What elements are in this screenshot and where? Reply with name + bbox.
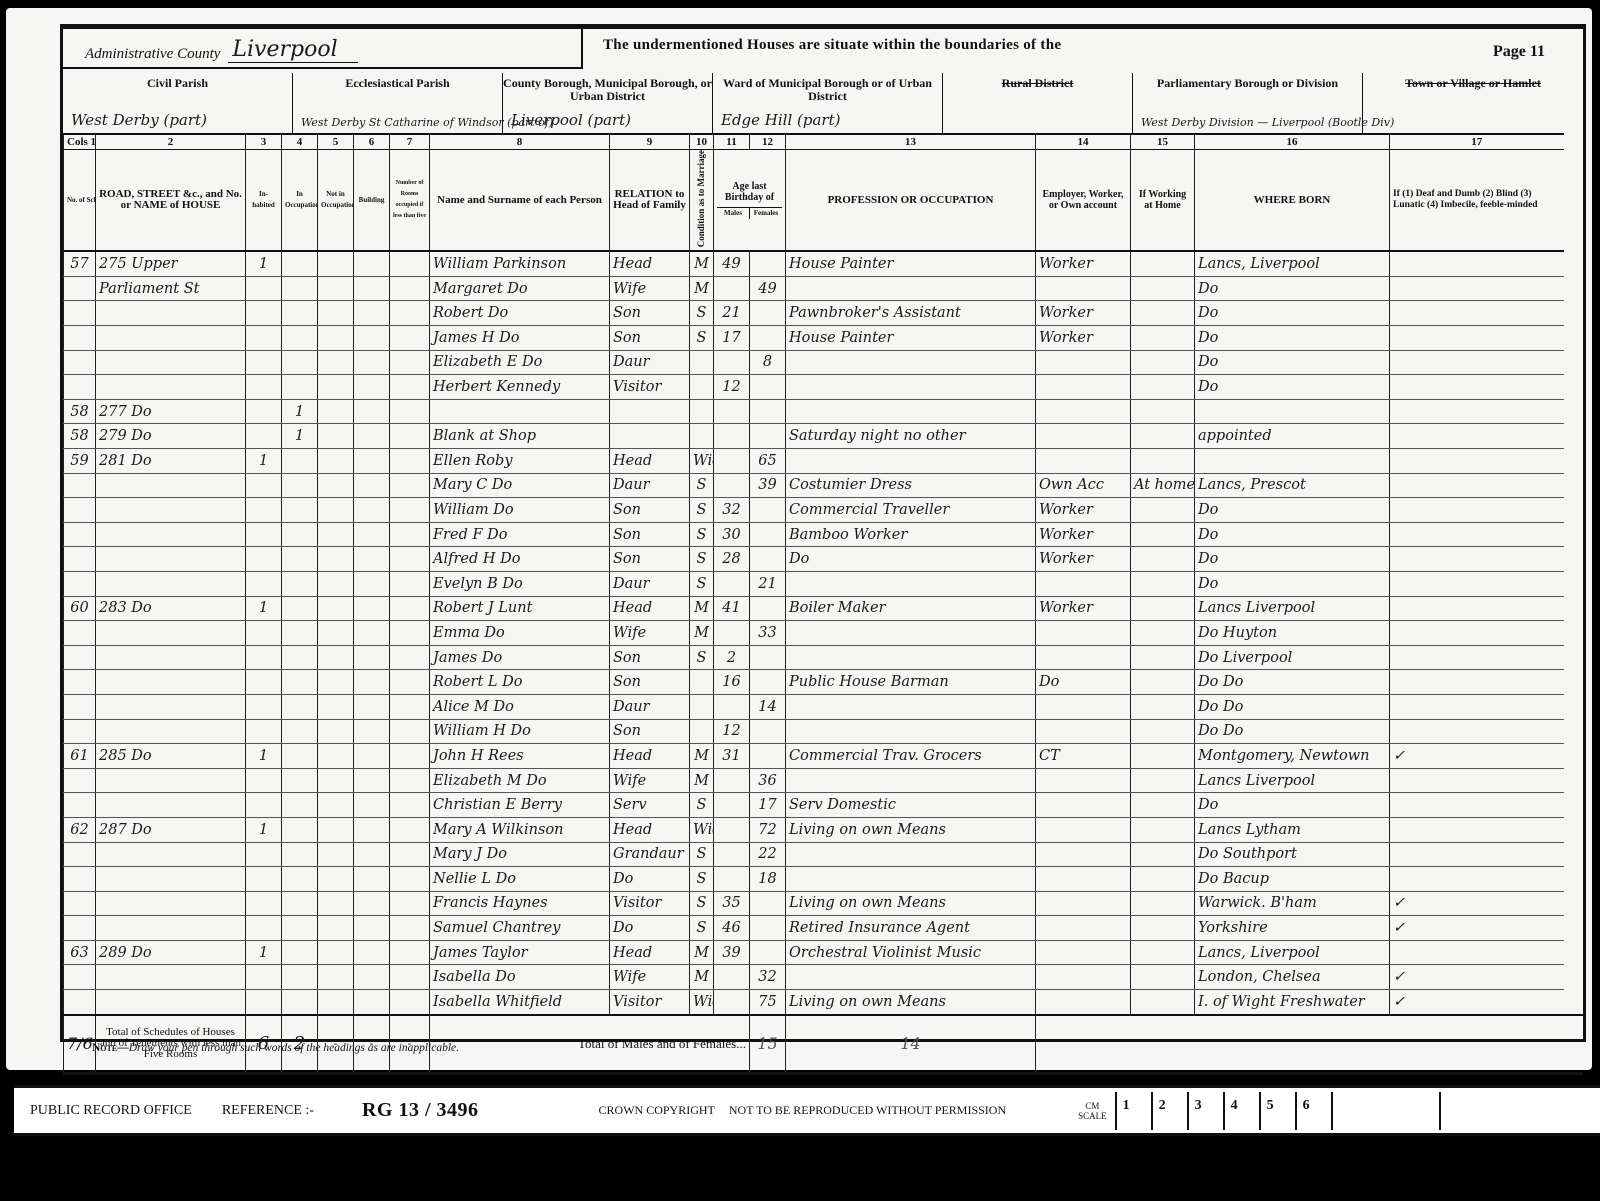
schedule-number: [64, 916, 96, 941]
total-schedules: 7/6: [64, 1015, 96, 1074]
person-name: Christian E Berry: [430, 793, 610, 818]
relation: Wife: [610, 965, 690, 990]
occupation: Commercial Traveller: [786, 498, 1036, 523]
uninhabited-count: [282, 301, 318, 326]
person-name: Margaret Do: [430, 276, 610, 301]
infirmity: ✓: [1390, 965, 1564, 990]
road-address: [96, 965, 246, 990]
male-age: 49: [714, 251, 750, 276]
inhabited-count: 1: [246, 817, 282, 842]
uninhabited-count: [282, 940, 318, 965]
not-in-occupation: [318, 375, 354, 400]
schedule-number: 57: [64, 251, 96, 276]
table-row: 62287 Do1Mary A WilkinsonHeadWid72Living…: [64, 817, 1584, 842]
employer-status: Worker: [1036, 251, 1131, 276]
working-at-home: [1131, 694, 1195, 719]
relation: Visitor: [610, 990, 690, 1015]
marital-condition: Wid: [690, 449, 714, 474]
working-at-home: [1131, 596, 1195, 621]
road-address: [96, 768, 246, 793]
infirmity: [1390, 276, 1564, 301]
employer-status: [1036, 424, 1131, 449]
person-name: James Taylor: [430, 940, 610, 965]
inhabited-count: [246, 965, 282, 990]
table-row: Emma DoWifeM33Do Huyton: [64, 621, 1584, 646]
where-born: Do: [1195, 522, 1390, 547]
boundaries-heading: The undermentioned Houses are situate wi…: [603, 37, 1061, 54]
male-age: 31: [714, 744, 750, 769]
infirmity: [1390, 719, 1564, 744]
rooms: [390, 399, 430, 424]
inhabited-count: [246, 498, 282, 523]
schedule-number: [64, 498, 96, 523]
male-age: [714, 399, 750, 424]
table-row: Robert DoSonS21Pawnbroker's AssistantWor…: [64, 301, 1584, 326]
working-at-home: At home: [1131, 473, 1195, 498]
person-name: William H Do: [430, 719, 610, 744]
working-at-home: [1131, 940, 1195, 965]
building: [354, 768, 390, 793]
relation: Daur: [610, 473, 690, 498]
uninhabited-count: [282, 891, 318, 916]
working-at-home: [1131, 965, 1195, 990]
infirmity: ✓: [1390, 891, 1564, 916]
road-address: [96, 522, 246, 547]
female-age: 8: [750, 350, 786, 375]
marital-condition: M: [690, 940, 714, 965]
total-males: 15: [750, 1015, 786, 1074]
inhabited-count: [246, 276, 282, 301]
occupation: Do: [786, 547, 1036, 572]
relation: Son: [610, 301, 690, 326]
road-address: 287 Do: [96, 817, 246, 842]
person-name: James Do: [430, 645, 610, 670]
not-in-occupation: [318, 817, 354, 842]
infirmity: [1390, 842, 1564, 867]
schedule-number: 59: [64, 449, 96, 474]
page-number: Page 11: [1493, 43, 1545, 61]
building: [354, 350, 390, 375]
person-name: William Do: [430, 498, 610, 523]
building: [354, 645, 390, 670]
rooms: [390, 793, 430, 818]
schedule-number: [64, 571, 96, 596]
marital-condition: [690, 424, 714, 449]
civil-parish: Civil Parish West Derby (part): [63, 73, 293, 133]
uninhabited-count: [282, 719, 318, 744]
female-age: [750, 916, 786, 941]
uninhabited-count: [282, 990, 318, 1015]
working-at-home: [1131, 768, 1195, 793]
road-address: 277 Do: [96, 399, 246, 424]
schedule-number: 63: [64, 940, 96, 965]
uninhabited-count: [282, 498, 318, 523]
table-row: 63289 Do1James TaylorHeadM39Orchestral V…: [64, 940, 1584, 965]
infirmity: [1390, 694, 1564, 719]
road-address: [96, 891, 246, 916]
working-at-home: [1131, 744, 1195, 769]
person-name: Herbert Kennedy: [430, 375, 610, 400]
rooms: [390, 596, 430, 621]
occupation: [786, 571, 1036, 596]
female-age: 33: [750, 621, 786, 646]
relation: Daur: [610, 694, 690, 719]
marital-condition: S: [690, 326, 714, 351]
infirmity: [1390, 596, 1564, 621]
working-at-home: [1131, 449, 1195, 474]
schedule-number: [64, 621, 96, 646]
person-name: Francis Haynes: [430, 891, 610, 916]
marital-condition: [690, 399, 714, 424]
occupation: [786, 350, 1036, 375]
employer-status: Worker: [1036, 596, 1131, 621]
inhabited-count: [246, 621, 282, 646]
relation: Head: [610, 251, 690, 276]
relation: Serv: [610, 793, 690, 818]
working-at-home: [1131, 621, 1195, 646]
road-address: [96, 473, 246, 498]
uninhabited-count: [282, 817, 318, 842]
infirmity: [1390, 670, 1564, 695]
employer-status: [1036, 719, 1131, 744]
employer-status: Worker: [1036, 547, 1131, 572]
infirmity: ✓: [1390, 744, 1564, 769]
table-row: James DoSonS2Do Liverpool: [64, 645, 1584, 670]
uninhabited-count: [282, 276, 318, 301]
inhabited-count: [246, 719, 282, 744]
occupation: [786, 375, 1036, 400]
where-born: Do: [1195, 375, 1390, 400]
uninhabited-count: [282, 251, 318, 276]
inhabited-count: 1: [246, 449, 282, 474]
building: [354, 842, 390, 867]
not-in-occupation: [318, 301, 354, 326]
uninhabited-count: [282, 694, 318, 719]
col-name: Name and Surname of each Person: [430, 150, 610, 252]
relation: Wife: [610, 276, 690, 301]
working-at-home: [1131, 842, 1195, 867]
schedule-number: [64, 990, 96, 1015]
table-row: Robert L DoSon16Public House BarmanDoDo …: [64, 670, 1584, 695]
inhabited-count: [246, 645, 282, 670]
occupation: [786, 719, 1036, 744]
rooms: [390, 694, 430, 719]
col-occupation: PROFESSION OR OCCUPATION: [786, 150, 1036, 252]
female-age: 32: [750, 965, 786, 990]
occupation: Living on own Means: [786, 817, 1036, 842]
where-born: Do Southport: [1195, 842, 1390, 867]
employer-status: [1036, 621, 1131, 646]
col-road: ROAD, STREET &c., and No. or NAME of HOU…: [96, 150, 246, 252]
occupation: Commercial Trav. Grocers: [786, 744, 1036, 769]
schedule-number: [64, 645, 96, 670]
not-in-occupation: [318, 498, 354, 523]
marital-condition: S: [690, 891, 714, 916]
not-in-occupation: [318, 596, 354, 621]
building: [354, 891, 390, 916]
marital-condition: S: [690, 916, 714, 941]
employer-status: [1036, 399, 1131, 424]
rooms: [390, 744, 430, 769]
road-address: [96, 301, 246, 326]
marital-condition: S: [690, 301, 714, 326]
table-row: Samuel ChantreyDoS46Retired Insurance Ag…: [64, 916, 1584, 941]
building: [354, 621, 390, 646]
where-born: Do: [1195, 326, 1390, 351]
female-age: [750, 424, 786, 449]
male-age: 2: [714, 645, 750, 670]
schedule-number: [64, 768, 96, 793]
uninhabited-count: [282, 326, 318, 351]
table-row: Evelyn B DoDaurS21Do: [64, 571, 1584, 596]
female-age: [750, 399, 786, 424]
inhabited-count: [246, 375, 282, 400]
table-row: Fred F DoSonS30Bamboo WorkerWorkerDo: [64, 522, 1584, 547]
road-address: [96, 990, 246, 1015]
employer-status: [1036, 965, 1131, 990]
rural-district: Rural District: [943, 73, 1133, 133]
rooms: [390, 891, 430, 916]
not-in-occupation: [318, 399, 354, 424]
road-address: [96, 916, 246, 941]
road-address: [96, 719, 246, 744]
female-age: [750, 645, 786, 670]
not-in-occupation: [318, 940, 354, 965]
uninhabited-count: [282, 350, 318, 375]
relation: [610, 424, 690, 449]
working-at-home: [1131, 571, 1195, 596]
where-born: appointed: [1195, 424, 1390, 449]
employer-status: [1036, 891, 1131, 916]
schedule-number: [64, 965, 96, 990]
schedule-number: [64, 793, 96, 818]
infirmity: [1390, 621, 1564, 646]
building: [354, 990, 390, 1015]
schedule-number: [64, 867, 96, 892]
inhabited-count: [246, 990, 282, 1015]
where-born: Do Bacup: [1195, 867, 1390, 892]
female-age: 39: [750, 473, 786, 498]
not-in-occupation: [318, 424, 354, 449]
infirmity: [1390, 326, 1564, 351]
road-address: [96, 350, 246, 375]
employer-status: [1036, 375, 1131, 400]
building: [354, 694, 390, 719]
male-age: 41: [714, 596, 750, 621]
uninhabited-count: [282, 768, 318, 793]
female-age: [750, 301, 786, 326]
town-village-hamlet: Town or Village or Hamlet: [1363, 73, 1583, 133]
table-row: 57275 Upper1William ParkinsonHeadM49Hous…: [64, 251, 1584, 276]
building: [354, 326, 390, 351]
uninhabited-count: [282, 965, 318, 990]
marital-condition: S: [690, 498, 714, 523]
table-row: Francis HaynesVisitorS35Living on own Me…: [64, 891, 1584, 916]
uninhabited-count: 1: [282, 424, 318, 449]
census-form: Administrative County Liverpool The unde…: [60, 24, 1586, 1042]
schedule-number: [64, 350, 96, 375]
male-age: [714, 867, 750, 892]
schedule-number: [64, 719, 96, 744]
working-at-home: [1131, 375, 1195, 400]
not-in-occupation: [318, 842, 354, 867]
rooms: [390, 842, 430, 867]
person-name: John H Rees: [430, 744, 610, 769]
occupation: [786, 768, 1036, 793]
employer-status: Worker: [1036, 498, 1131, 523]
building: [354, 301, 390, 326]
rooms: [390, 719, 430, 744]
inhabited-count: 1: [246, 251, 282, 276]
rooms: [390, 473, 430, 498]
marital-condition: S: [690, 793, 714, 818]
working-at-home: [1131, 350, 1195, 375]
col-employer: Employer, Worker, or Own account: [1036, 150, 1131, 252]
building: [354, 276, 390, 301]
where-born: Do: [1195, 793, 1390, 818]
employer-status: Do: [1036, 670, 1131, 695]
employer-status: [1036, 817, 1131, 842]
occupation: House Painter: [786, 251, 1036, 276]
area-boundaries: Civil Parish West Derby (part) Ecclesias…: [63, 73, 1583, 133]
road-address: [96, 547, 246, 572]
table-row: Isabella WhitfieldVisitorWid75Living on …: [64, 990, 1584, 1015]
where-born: London, Chelsea: [1195, 965, 1390, 990]
infirmity: [1390, 424, 1564, 449]
col-at-home: If Working at Home: [1131, 150, 1195, 252]
not-in-occupation: [318, 645, 354, 670]
reference-number: RG 13 / 3496: [362, 1099, 479, 1122]
table-row: Mary C DoDaurS39Costumier DressOwn AccAt…: [64, 473, 1584, 498]
working-at-home: [1131, 276, 1195, 301]
where-born: Lancs Liverpool: [1195, 768, 1390, 793]
inhabited-count: 1: [246, 940, 282, 965]
road-address: [96, 867, 246, 892]
marital-condition: [690, 375, 714, 400]
building: [354, 817, 390, 842]
person-name: Mary J Do: [430, 842, 610, 867]
col-schedule: No. of Schedule: [64, 150, 96, 252]
female-age: [750, 891, 786, 916]
col-age: Age last Birthday of Males Females: [714, 150, 786, 252]
rooms: [390, 449, 430, 474]
where-born: I. of Wight Freshwater: [1195, 990, 1390, 1015]
marital-condition: S: [690, 842, 714, 867]
occupation: Saturday night no other: [786, 424, 1036, 449]
where-born: Do: [1195, 350, 1390, 375]
record-office-strip: PUBLIC RECORD OFFICE REFERENCE :- RG 13 …: [14, 1085, 1600, 1136]
uninhabited-count: [282, 547, 318, 572]
marital-condition: [690, 719, 714, 744]
infirmity: [1390, 350, 1564, 375]
not-in-occupation: [318, 251, 354, 276]
marital-condition: M: [690, 768, 714, 793]
female-age: [750, 547, 786, 572]
working-at-home: [1131, 670, 1195, 695]
working-at-home: [1131, 424, 1195, 449]
male-age: [714, 793, 750, 818]
uninhabited-count: [282, 473, 318, 498]
relation: Do: [610, 916, 690, 941]
relation: Wife: [610, 621, 690, 646]
working-at-home: [1131, 645, 1195, 670]
marital-condition: [690, 694, 714, 719]
table-row: Nellie L DoDoS18Do Bacup: [64, 867, 1584, 892]
occupation: Serv Domestic: [786, 793, 1036, 818]
where-born: Yorkshire: [1195, 916, 1390, 941]
person-name: Isabella Whitfield: [430, 990, 610, 1015]
schedule-number: [64, 473, 96, 498]
female-age: 49: [750, 276, 786, 301]
schedule-number: [64, 276, 96, 301]
schedule-number: [64, 891, 96, 916]
not-in-occupation: [318, 522, 354, 547]
working-at-home: [1131, 547, 1195, 572]
building: [354, 965, 390, 990]
col-infirmity: If (1) Deaf and Dumb (2) Blind (3) Lunat…: [1390, 150, 1564, 252]
uninhabited-count: [282, 449, 318, 474]
not-in-occupation: [318, 891, 354, 916]
building: [354, 473, 390, 498]
relation: Visitor: [610, 375, 690, 400]
marital-condition: S: [690, 522, 714, 547]
relation: Daur: [610, 350, 690, 375]
rooms: [390, 251, 430, 276]
where-born: Do Do: [1195, 670, 1390, 695]
female-age: 72: [750, 817, 786, 842]
col-in-occupation: In Occupation: [282, 150, 318, 252]
occupation: Bamboo Worker: [786, 522, 1036, 547]
female-age: 21: [750, 571, 786, 596]
person-name: Mary A Wilkinson: [430, 817, 610, 842]
working-at-home: [1131, 399, 1195, 424]
schedule-number: [64, 326, 96, 351]
col-inhabited: In-habited: [246, 150, 282, 252]
road-address: 281 Do: [96, 449, 246, 474]
employer-status: Worker: [1036, 326, 1131, 351]
infirmity: [1390, 522, 1564, 547]
uninhabited-count: [282, 645, 318, 670]
schedule-number: 60: [64, 596, 96, 621]
building: [354, 867, 390, 892]
person-name: William Parkinson: [430, 251, 610, 276]
employer-status: [1036, 694, 1131, 719]
relation: Head: [610, 744, 690, 769]
schedule-number: [64, 694, 96, 719]
employer-status: [1036, 350, 1131, 375]
occupation: [786, 276, 1036, 301]
where-born: Do: [1195, 276, 1390, 301]
person-name: Alice M Do: [430, 694, 610, 719]
infirmity: [1390, 571, 1564, 596]
male-age: 17: [714, 326, 750, 351]
table-row: Christian E BerryServS17Serv DomesticDo: [64, 793, 1584, 818]
not-in-occupation: [318, 326, 354, 351]
inhabited-count: 1: [246, 596, 282, 621]
admin-county: Administrative County Liverpool: [63, 29, 583, 69]
uninhabited-count: [282, 842, 318, 867]
road-address: 283 Do: [96, 596, 246, 621]
inhabited-count: [246, 891, 282, 916]
person-name: Elizabeth E Do: [430, 350, 610, 375]
inhabited-count: [246, 694, 282, 719]
where-born: Do Do: [1195, 694, 1390, 719]
schedule-number: [64, 375, 96, 400]
building: [354, 571, 390, 596]
road-address: [96, 326, 246, 351]
inhabited-count: 1: [246, 744, 282, 769]
male-age: [714, 571, 750, 596]
